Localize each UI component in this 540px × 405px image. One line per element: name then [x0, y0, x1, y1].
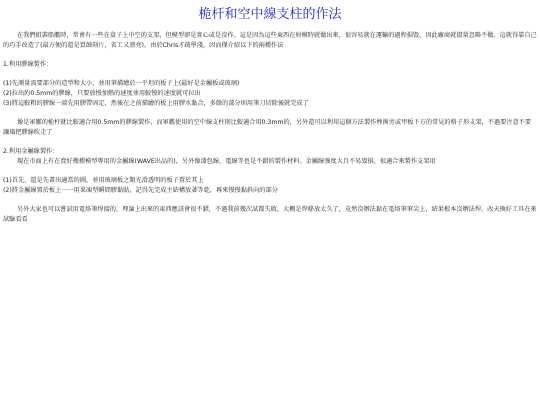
- section1-step: (2)拉出約0.5mm的膠線，只要放慢加熱的速度並用較慢的速度就可拉出: [3, 89, 537, 99]
- section2-intro: 現在市面上有在賣好幾種模型專用的金屬線(WAVE出品的)，另外像漆包線、電線等也…: [3, 157, 537, 167]
- section1-heading: 1.利用膠線製作：: [3, 60, 537, 70]
- section2-heading: 2.利用金屬線製作：: [3, 147, 537, 157]
- section2-step: (2)將金屬線置於板上一一用果凍型瞬間膠黏貼，記得先完成主結構放著等乾，再來慢慢…: [3, 186, 537, 196]
- section1-step: (3)將這較粗的膠線一端先用膠帶固定，然後在之前描繪的板上用膠水黏合，多餘的部分…: [3, 99, 537, 109]
- section2-step: (1)首先，還是先畫出適當的圖，並用玻璃板之類光滑透明的板子置於其上: [3, 176, 537, 186]
- intro-paragraph: 在我們組裝船艦時，常會有一些在盒子上中空的支架，但模型卻是實心或是沒作。這是因為…: [3, 31, 537, 51]
- section1-step: (1)先測量需要部分的造型和大小，並用筆描繪於一平坦的板子上(最好是金屬板或玻璃…: [3, 79, 537, 89]
- section1-note: 像是軍艦的桅杆就比較適合用0.5mm的膠線製作，而軍艦使用的空中線支柱則比較適合…: [3, 118, 537, 138]
- page-title: 桅杆和空中線支柱的作法: [0, 7, 540, 31]
- article-body: 在我們組裝船艦時，常會有一些在盒子上中空的支架，但模型卻是實心或是沒作。這是因為…: [0, 31, 540, 225]
- section2-note: 另外大家也可以嘗試用電烙筆焊接的，理論上出來的東西應該會很不錯，不過我前幾次試都…: [3, 205, 537, 225]
